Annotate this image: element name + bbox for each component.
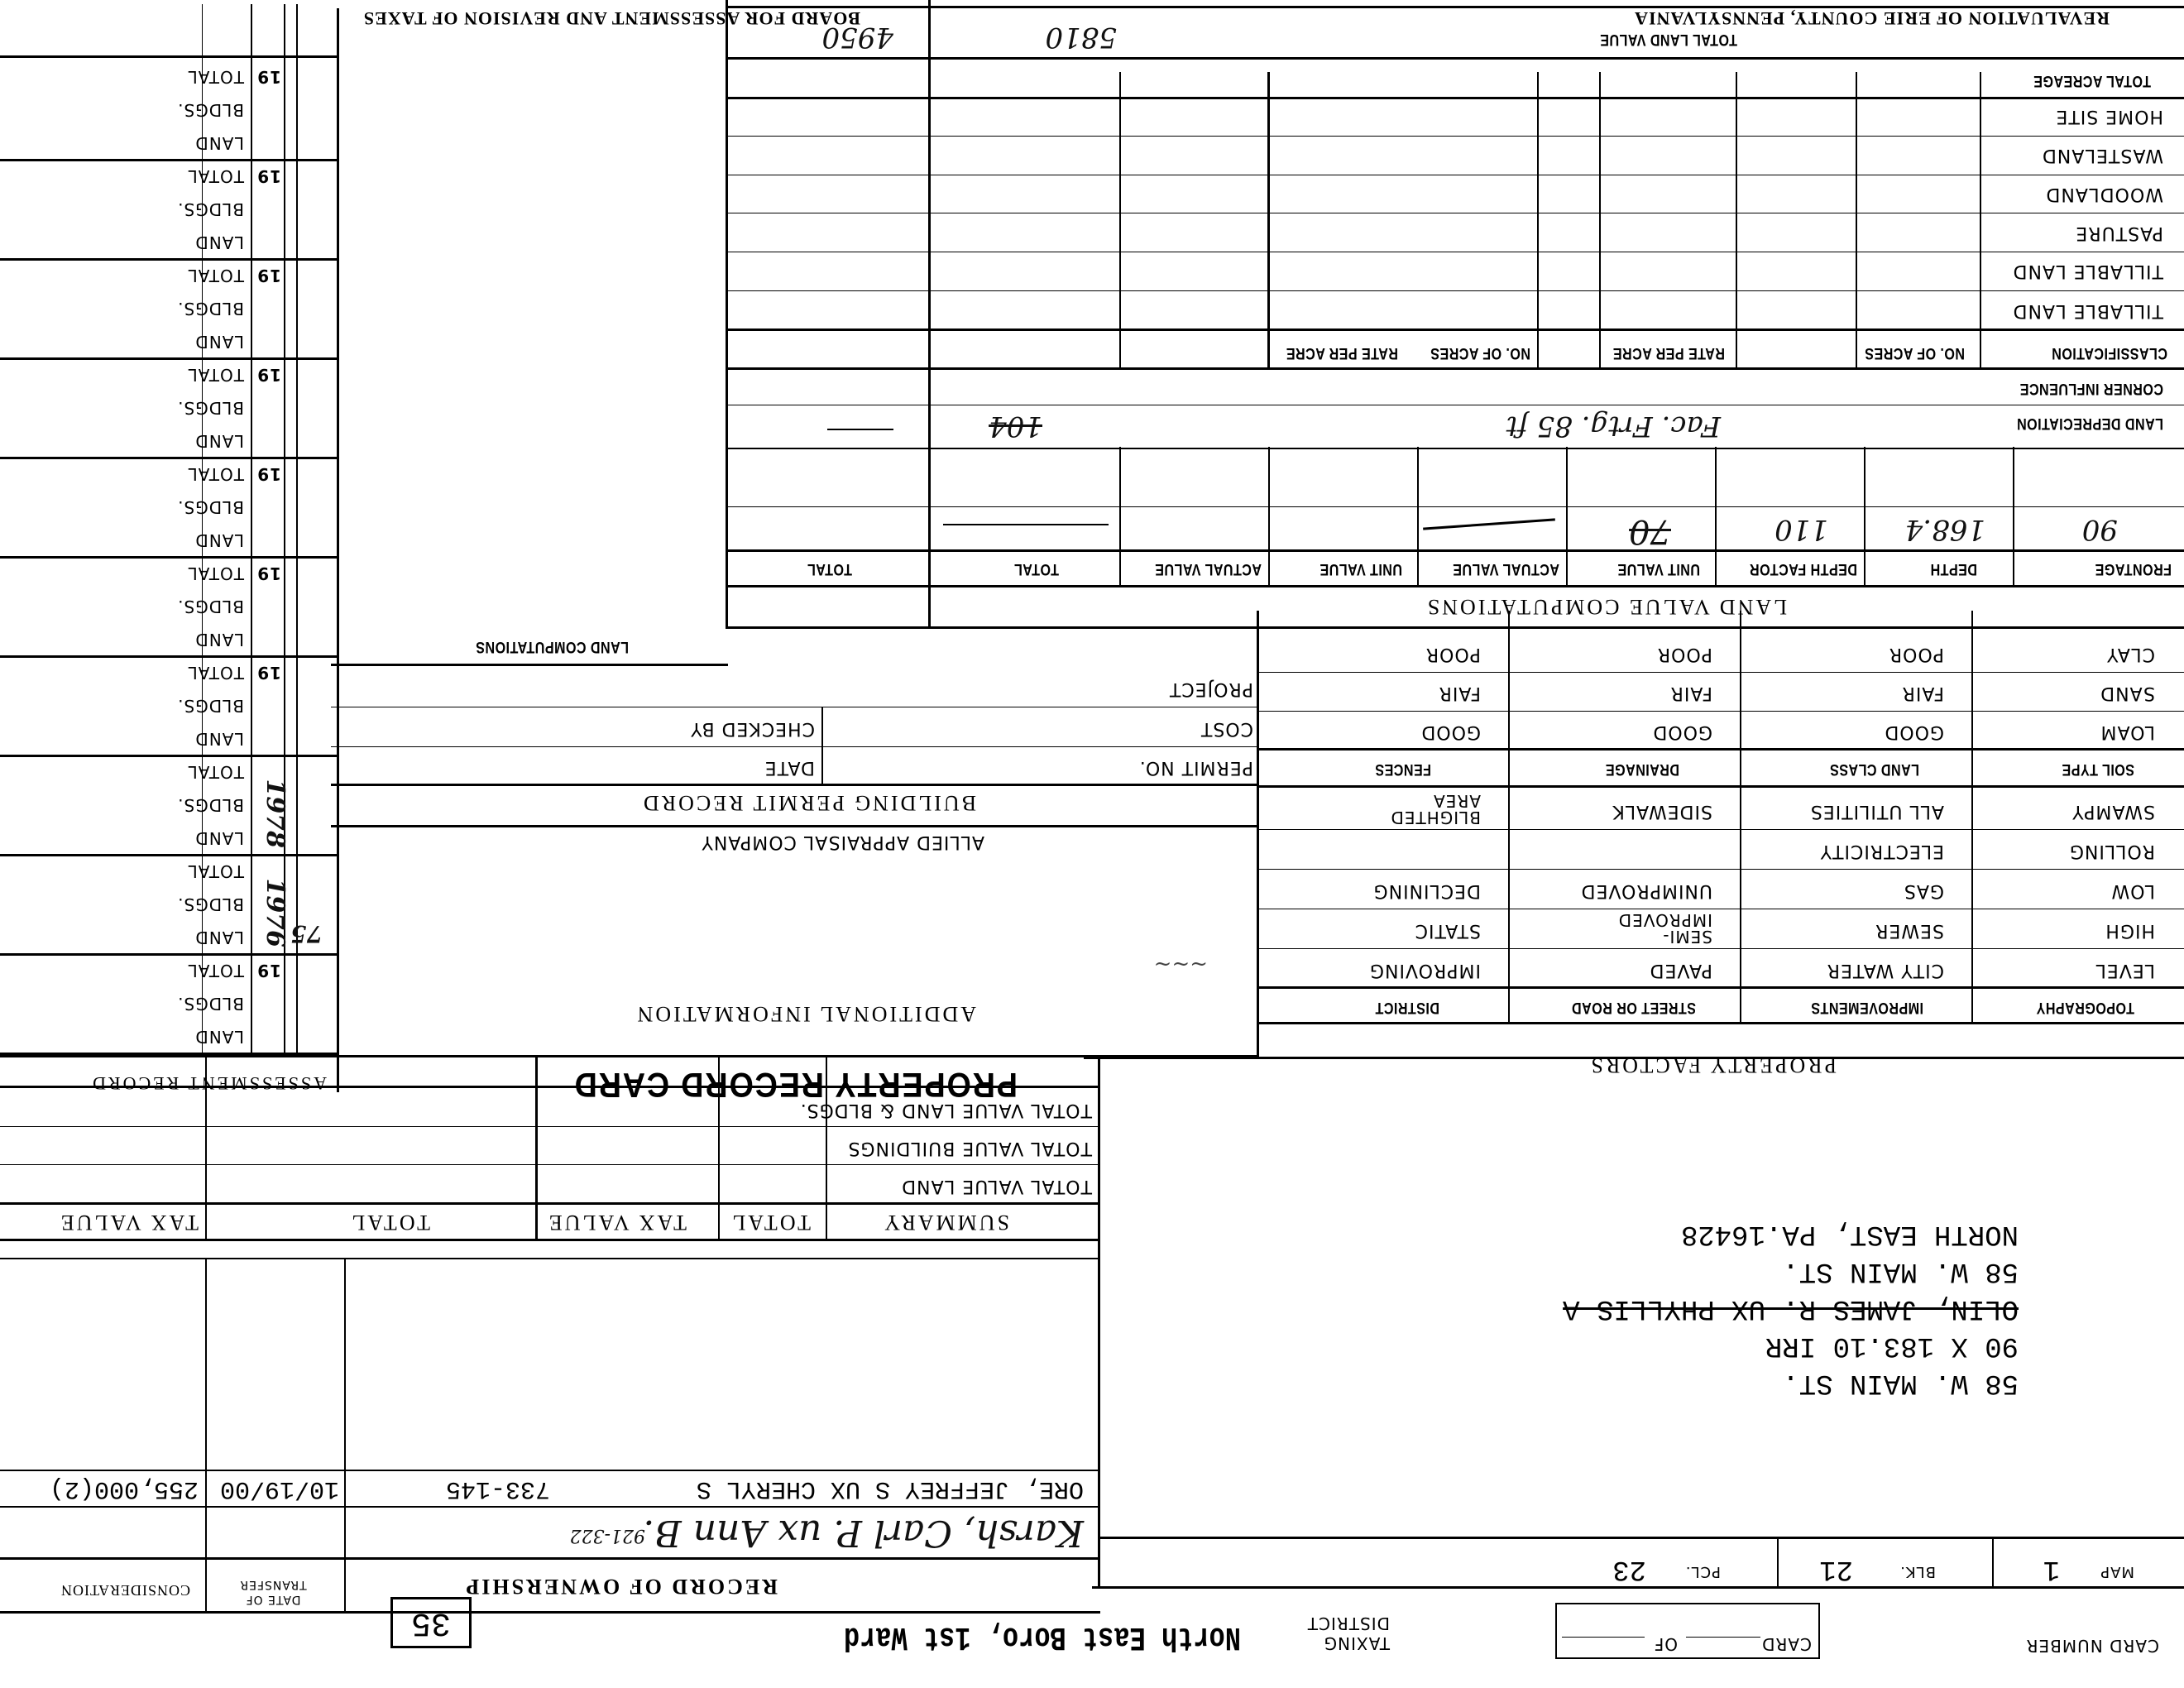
building-permit-title: BUILDING PERMIT RECORD [641, 790, 976, 815]
total-land-value-1: 5810 [1045, 21, 1117, 54]
assess-land: LAND [194, 1027, 244, 1047]
allied-appraisal-company: ALLIED APPRAISAL COMPANY [701, 832, 984, 852]
ownership-title: RECORD OF OWNERSHIP [463, 1574, 778, 1599]
address-line: 90 X 183.10 IRR [1765, 1330, 2019, 1361]
card-of-box[interactable]: CARD OF [1555, 1603, 1820, 1659]
pf-fences: POOR [1425, 644, 1481, 664]
acreage-col-header: NO. OF ACRES [1430, 343, 1530, 362]
assess-year-stamped: 1976 [261, 879, 290, 948]
assess-year: 19 [256, 961, 281, 981]
acreage-row-label: TILLABLE LAND [2013, 300, 2163, 321]
land-depreciation-label: LAND DEPRECIATION [2017, 414, 2163, 432]
depth-value: 168.4 [1905, 513, 1985, 546]
pf-col-header: IMPROVEMENTS [1811, 998, 1923, 1016]
acreage-row-label: WOODLAND [2045, 184, 2163, 204]
assess-total: TOTAL [188, 67, 244, 87]
corner-influence-label: CORNER INFLUENCE [2019, 379, 2163, 397]
assess-total: TOTAL [188, 663, 244, 683]
land-depreciation-total: 104 [989, 410, 1042, 443]
pf-street: UNIMPROVED [1581, 880, 1712, 901]
summary-header: TAX VALUE [547, 1210, 687, 1235]
pf-col-header: DRAINAGE [1605, 760, 1679, 778]
pf-district: STATIC [1415, 920, 1481, 941]
pf-fences: GOOD [1420, 722, 1481, 742]
additional-info-title: ADDITIONAL INFORMATION [635, 1001, 976, 1026]
property-factors-title: PROPERTY FACTORS [1588, 1053, 1837, 1077]
permit-cost-label: COST [1200, 718, 1253, 739]
lv-col-header: DEPTH FACTOR [1750, 559, 1857, 578]
assess-land: LAND [194, 828, 244, 848]
assess-bldgs: BLDGS. [177, 894, 244, 914]
taxing-district-value: North East Boro, 1st Ward [844, 1618, 1241, 1655]
pf-col-header: STREET OR ROAD [1572, 998, 1696, 1016]
pf-improvement: ALL UTILITIES [1810, 801, 1944, 822]
owner-deed: 921-322 [570, 1525, 645, 1546]
acreage-row-label: TILLABLE LAND [2013, 261, 2163, 281]
address-line: 58 W. MAIN ST. [1782, 1367, 2019, 1398]
pf-col-header: DISTRICT [1375, 998, 1439, 1016]
permit-no-label: PERMIT NO. [1139, 757, 1253, 778]
permit-project-label: PROJECT [1169, 679, 1253, 699]
pcl-label: PCL. [1685, 1563, 1721, 1580]
unit-value: 70 [1629, 512, 1671, 550]
assess-total: TOTAL [188, 365, 244, 385]
pf-soil: SAND [2100, 683, 2155, 703]
land-value-title: LAND VALUE COMPUTATIONS [1425, 594, 1787, 619]
assess-total: TOTAL [188, 464, 244, 484]
pf-district: IMPROVING [1369, 960, 1481, 981]
assess-total: TOTAL [188, 266, 244, 285]
lv-col-header: ACTUAL VALUE [1453, 559, 1559, 578]
pf-land-class: GOOD [1884, 722, 1944, 742]
pf-soil: LOAM [2100, 722, 2155, 742]
assess-year: 19 [256, 464, 281, 484]
pf-district: BLIGHTED AREA [1382, 793, 1481, 826]
total-acreage-label: TOTAL ACREAGE [2033, 71, 2151, 89]
blk-value: 21 [1819, 1553, 1853, 1585]
lv-col-header: DEPTH [1930, 559, 1977, 578]
pf-district: DECLINING [1373, 880, 1481, 901]
owner-deed: 733-145 [446, 1475, 550, 1503]
assessment-record-title: ASSESSMENT RECORD [90, 1072, 327, 1094]
taxing-district-label: TAXING DISTRICT [1274, 1614, 1390, 1653]
blk-label: BLK. [1899, 1563, 1936, 1580]
address-line: 58 W. MAIN ST. [1782, 1255, 2019, 1287]
pf-drainage: POOR [1657, 644, 1712, 664]
acreage-col-header: CLASSIFICATION [2052, 343, 2167, 362]
assess-year: 19 [256, 663, 281, 683]
pf-col-header: TOPOGRAPHY [2036, 998, 2134, 1016]
consideration-value: 255,000(2) [50, 1475, 199, 1503]
assess-year: 19 [256, 266, 281, 285]
assess-bldgs: BLDGS. [177, 696, 244, 716]
assess-total: TOTAL [188, 563, 244, 583]
address-line: NORTH EAST, PA.16428 [1681, 1218, 2019, 1249]
pf-land-class: FAIR [1902, 683, 1944, 703]
pf-col-header: SOIL TYPE [2062, 760, 2134, 778]
permit-checked-by-label: CHECKED BY [690, 718, 815, 739]
total-land-value-label: TOTAL LAND VALUE [1600, 30, 1737, 48]
transfer-date: 10/19/00 [220, 1475, 339, 1503]
permit-date-label: DATE [764, 757, 815, 778]
card-number-label: CARD NUMBER [2026, 1637, 2159, 1655]
assess-year: 19 [256, 365, 281, 385]
card-title: PROPERTY RECORD CARD [573, 1065, 1018, 1105]
summary-header: TOTAL [730, 1210, 811, 1235]
assess-bldgs: BLDGS. [177, 597, 244, 616]
assess-bldgs: BLDGS. [177, 199, 244, 219]
summary-header: TOTAL [349, 1210, 430, 1235]
pf-improvement: SEWER [1875, 920, 1944, 941]
pf-improvement: CITY WATER [1827, 960, 1944, 981]
pf-topography: HIGH [2105, 920, 2155, 941]
map-label: MAP [2100, 1563, 2134, 1580]
property-record-card: CARD NUMBER CARD OF TAXING DISTRICT Nort… [0, 0, 2184, 1688]
assess-bldgs: BLDGS. [177, 994, 244, 1014]
assess-land: LAND [194, 530, 244, 550]
acreage-row-label: HOME SITE [2055, 106, 2163, 127]
pcl-value: 23 [1612, 1553, 1646, 1585]
lv-col-header: ACTUAL VALUE [1155, 559, 1262, 578]
assess-bldgs: BLDGS. [177, 398, 244, 418]
assess-bldgs: BLDGS. [177, 497, 244, 517]
assess-bldgs: BLDGS. [177, 100, 244, 120]
pf-improvement: ELECTRICITY [1820, 841, 1944, 861]
assess-extra: 75 [290, 920, 323, 947]
summary-header: TAX VALUE [59, 1210, 199, 1235]
pf-land-class: POOR [1889, 644, 1944, 664]
pf-drainage: GOOD [1652, 722, 1712, 742]
card-number-text: CARD NUMBER [2026, 1636, 2159, 1656]
pf-improvement: GAS [1904, 880, 1944, 901]
assess-land: LAND [194, 928, 244, 947]
pf-topography: LOW [2110, 880, 2155, 901]
consideration-label: CONSIDERATION [60, 1581, 190, 1599]
acreage-col-header: NO. OF ACRES [1865, 343, 1965, 362]
assess-land: LAND [194, 332, 244, 352]
acreage-row-label: PASTURE [2075, 223, 2163, 243]
land-computations-label: LAND COMPUTATIONS [476, 637, 629, 655]
assess-land: LAND [194, 729, 244, 749]
owner-name: ORE, JEFFREY S UX CHERYL S [697, 1475, 1084, 1503]
assess-total: TOTAL [188, 166, 244, 186]
pf-topography: SWAMPY [2071, 801, 2155, 822]
assess-land: LAND [194, 431, 244, 451]
acreage-row-label: WASTELAND [2042, 145, 2163, 165]
of-label: OF [1654, 1634, 1678, 1654]
lv-col-header: FRONTAGE [2095, 559, 2172, 578]
district-code-box: 35 [390, 1597, 472, 1648]
date-of-transfer-label: DATE OF TRANSFER [219, 1577, 327, 1607]
pf-fences: FAIR [1439, 683, 1481, 703]
owner-name: Karsh, Carl P. ux Ann B. [643, 1512, 1084, 1554]
county-title: REVALUATION OF ERIE COUNTY, PENNSYLVANIA [1634, 7, 2110, 29]
assess-bldgs: BLDGS. [177, 795, 244, 815]
pf-col-header: FENCES [1375, 760, 1431, 778]
lv-col-header: UNIT VALUE [1319, 559, 1402, 578]
pf-street: SIDEWALK [1612, 801, 1712, 822]
acreage-col-header: RATE PER ACRE [1286, 343, 1398, 362]
assess-total: TOTAL [188, 861, 244, 881]
pf-street: PAVED [1650, 960, 1712, 981]
board-title: BOARD FOR ASSESSMENT AND REVISION OF TAX… [363, 7, 860, 29]
assess-year: 19 [256, 166, 281, 186]
assess-year: 19 [256, 563, 281, 583]
assess-land: LAND [194, 133, 244, 153]
assess-land: LAND [194, 630, 244, 650]
land-depreciation-note: Fac. Frtg. 85 ft [1506, 410, 1721, 443]
additional-info-handwriting: ~~~ [1154, 952, 1208, 976]
pf-drainage: FAIR [1670, 683, 1712, 703]
summary-header: SUMMARY [882, 1210, 1009, 1235]
address-line-struck: OLIN, JAMES R. UX PHYLLIS A [1563, 1292, 2019, 1324]
assess-year: 19 [256, 67, 281, 87]
assess-bldgs: BLDGS. [177, 299, 244, 319]
map-value: 1 [2043, 1553, 2060, 1585]
assess-total: TOTAL [188, 762, 244, 782]
assess-year-stamped: 1978 [261, 779, 290, 849]
lv-col-header: TOTAL [1014, 559, 1059, 578]
lv-col-header: UNIT VALUE [1617, 559, 1700, 578]
frontage-value: 90 [2082, 513, 2118, 546]
acreage-col-header: RATE PER ACRE [1612, 343, 1725, 362]
summary-row-label: TOTAL VALUE BUILDINGS [848, 1138, 1092, 1158]
pf-street: SEMI-IMPROVED [1588, 912, 1712, 945]
assess-total: TOTAL [188, 961, 244, 981]
pf-col-header: LAND CLASS [1830, 760, 1919, 778]
pf-topography: ROLLING [2069, 841, 2155, 861]
summary-row-label: TOTAL VALUE LAND [901, 1176, 1092, 1196]
pf-soil: CLAY [2106, 644, 2155, 664]
district-code: 35 [411, 1604, 451, 1641]
depth-factor-value: 110 [1774, 513, 1828, 546]
card-label: CARD [1761, 1634, 1812, 1654]
lv-col-header: TOTAL [807, 559, 852, 578]
assess-land: LAND [194, 233, 244, 252]
pf-topography: LEVEL [2095, 960, 2155, 981]
